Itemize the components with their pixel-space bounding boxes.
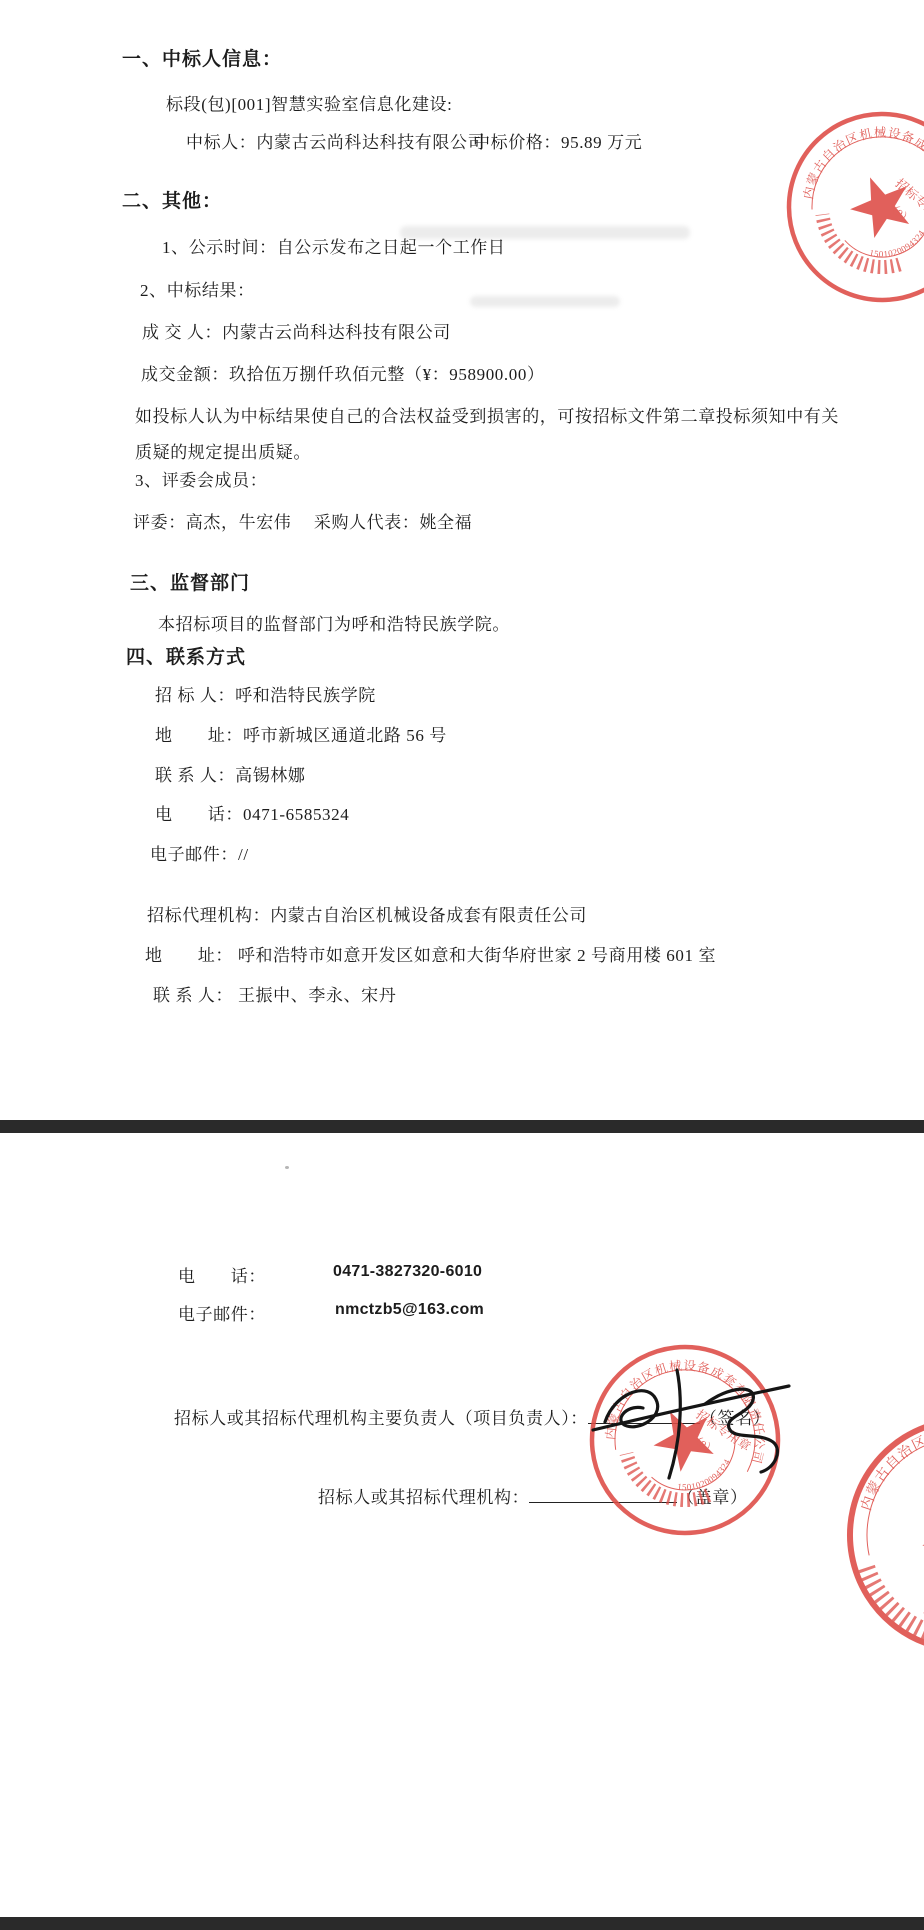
section1-heading: 一、中标人信息： (122, 44, 282, 71)
red-company-seal-top-right: 内蒙古自治区机械设备成套有限责任公司 招标专用章 （9） 15010200943… (782, 107, 924, 307)
tenderer-address-line: 地 址：呼市新城区通道北路 56 号 (155, 721, 447, 746)
seal-star-icon (906, 1476, 924, 1588)
tenderer-phone-line: 电 话：0471-6585324 (155, 800, 349, 825)
agency-phone-label: 电 话： (178, 1262, 266, 1287)
scan-artifact (470, 296, 620, 307)
supervisor-line: 本招标项目的监督部门为呼和浩特民族学院。 (158, 610, 510, 635)
section4-heading: 四、联系方式 (126, 642, 246, 669)
signature-stroke (669, 1370, 680, 1478)
tenderer-line: 招 标 人：呼和浩特民族学院 (155, 681, 376, 706)
dealer-line: 成 交 人：内蒙古云尚科达科技有限公司 (142, 318, 451, 343)
scanned-document-page: 一、中标人信息： 标段(包)[001]智慧实验室信息化建设: 中标人：内蒙古云尚… (0, 0, 924, 1930)
objection-note-line2: 质疑的规定提出质疑。 (135, 438, 311, 463)
mongolian-script-arc (863, 1517, 924, 1655)
objection-note-line1: 如投标人认为中标结果使自己的合法权益受到损害的，可按招标文件第二章投标须知中有关 (135, 402, 839, 427)
tenderer-email-line: 电子邮件：// (150, 840, 249, 865)
amount-line: 成交金额：玖拾伍万捌仟玖佰元整（¥：958900.00） (141, 360, 545, 385)
seal-company-name: 内蒙古自治区机械设备成套有限责任公司 (845, 1415, 924, 1620)
committee-heading-line: 3、评委会成员： (135, 466, 267, 491)
scan-artifact (400, 226, 690, 239)
winner-line: 中标人：内蒙古云尚科达科技有限公司 (186, 128, 485, 153)
bottom-edge-band (0, 1917, 924, 1930)
page-break-band (0, 1120, 924, 1133)
signature-row-1-label: 招标人或其招标代理机构主要负责人（项目负责人）： (174, 1409, 588, 1428)
section2-heading: 二、其他： (122, 186, 222, 213)
scan-artifact (285, 1166, 289, 1169)
agency-address-line: 地 址： 呼和浩特市如意开发区如意和大街华府世家 2 号商用楼 601 室 (145, 941, 716, 966)
agency-name-line: 招标代理机构：内蒙古自治区机械设备成套有限责任公司 (147, 901, 587, 926)
agency-phone-value: 0471-3827320-6010 (333, 1263, 482, 1281)
red-company-seal-bottom-right: 内蒙古自治区机械设备成套有限责任公司 招标专用章 （9） 15010200943… (845, 1415, 924, 1655)
result-heading-line: 2、中标结果： (140, 276, 255, 301)
agency-email-value: nmctzb5@163.com (335, 1301, 484, 1319)
signature-row-2-label: 招标人或其招标代理机构： (318, 1488, 529, 1507)
signature-stroke (593, 1386, 789, 1430)
tenderer-contact-line: 联 系 人：高锡林娜 (155, 761, 306, 786)
svg-text:内蒙古自治区机械设备成套有限责任公司: 内蒙古自治区机械设备成套有限责任公司 (845, 1415, 924, 1620)
judges-line: 评委：高杰，牛宏伟 采购人代表：姚全福 (133, 508, 472, 533)
lot-line: 标段(包)[001]智慧实验室信息化建设: (166, 90, 452, 115)
agency-email-label: 电子邮件： (178, 1300, 266, 1325)
handwritten-signature (565, 1352, 815, 1522)
winner-price: 中标价格：95.89 万元 (473, 128, 642, 153)
seal-star-icon (842, 166, 920, 242)
section3-heading: 三、监督部门 (130, 568, 250, 595)
agency-contact-line: 联 系 人： 王振中、李永、宋丹 (153, 981, 396, 1006)
